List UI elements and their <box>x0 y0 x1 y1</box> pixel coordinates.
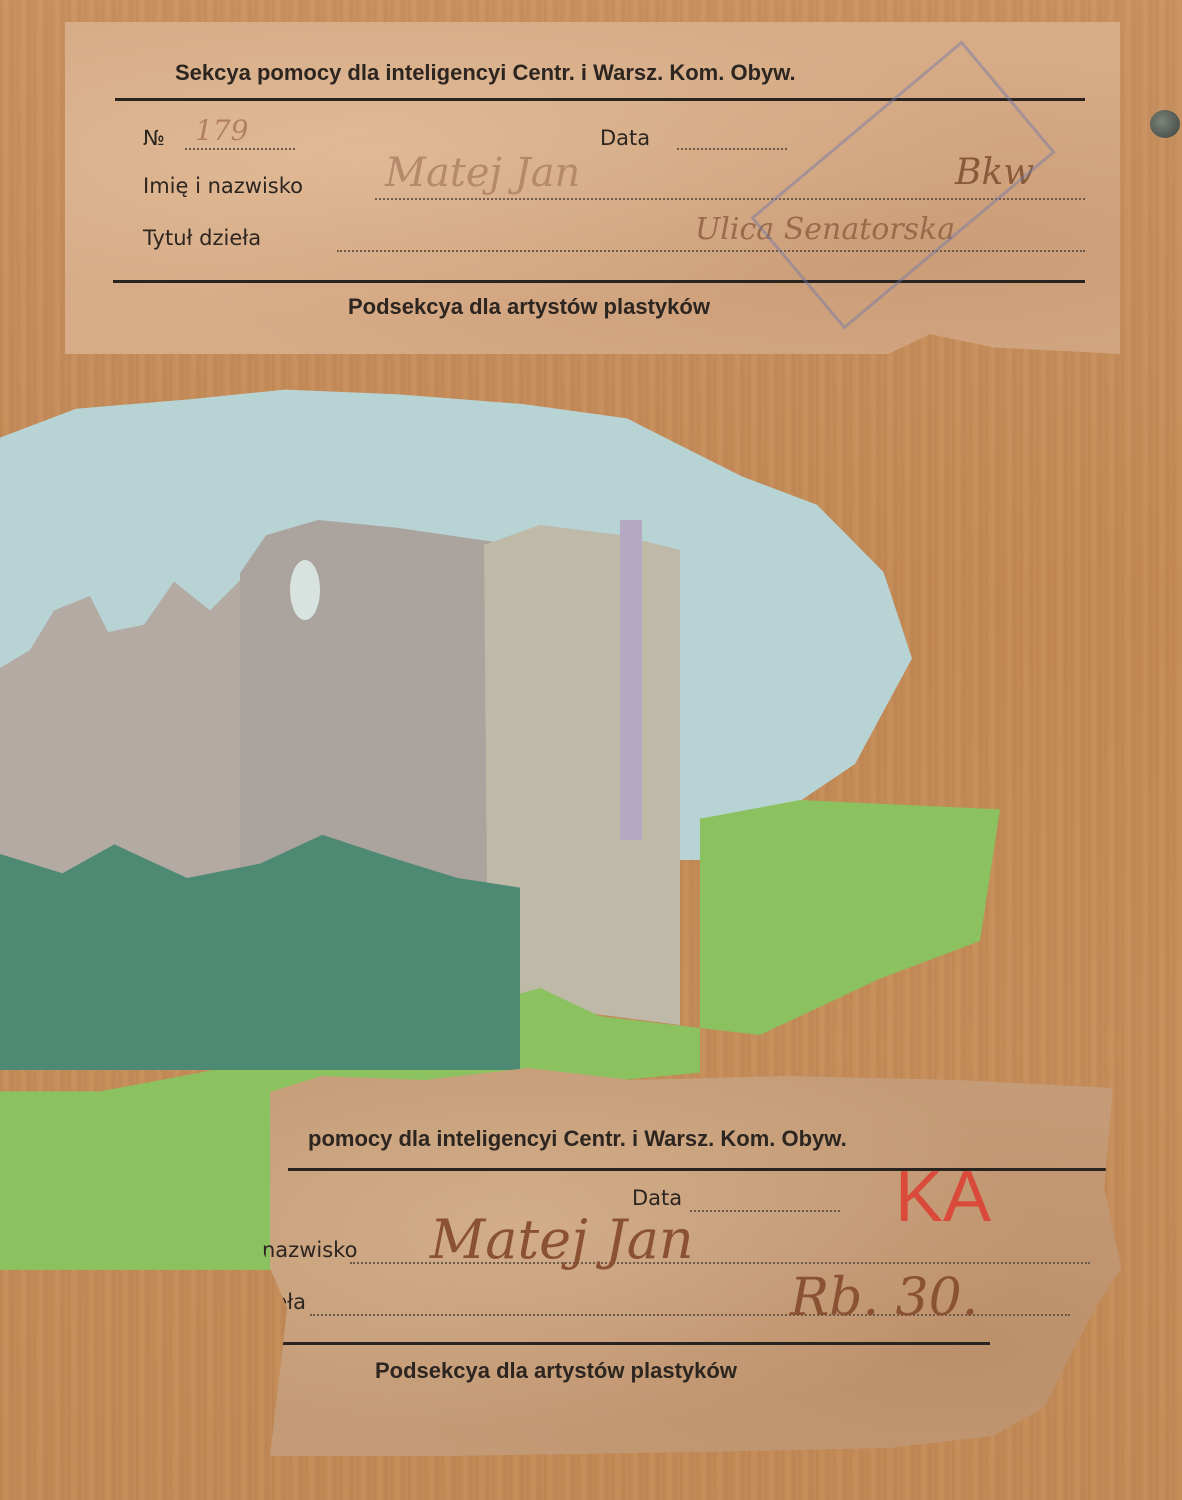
painted-ruin-center <box>240 520 500 900</box>
title-label: Tytuł dzieła <box>143 226 261 250</box>
name-value: Matej Jan <box>430 1208 694 1271</box>
divider <box>113 280 1085 283</box>
painted-shadow-stroke <box>620 520 642 840</box>
painted-window-opening <box>290 560 320 620</box>
title-value: Rb. 30. <box>790 1268 978 1328</box>
title-line <box>337 250 1085 252</box>
divider <box>218 1342 990 1345</box>
label-footer: Podsekcya dla artystów plastyków <box>375 1358 737 1384</box>
registration-label-bottom: pomocy dla inteligencyi Centr. i Warsz. … <box>270 1068 1130 1468</box>
name-label: Imię i nazwisko <box>143 174 303 198</box>
wooden-panel: Sekcya pomocy dla inteligencyi Centr. i … <box>0 0 1182 1500</box>
label-header: pomocy dla inteligencyi Centr. i Warsz. … <box>308 1126 847 1152</box>
faded-stamp <box>750 40 1055 329</box>
name-label: nazwisko <box>262 1238 357 1262</box>
number-line <box>185 148 295 150</box>
date-label: Data <box>600 126 650 150</box>
date-line <box>677 148 787 150</box>
date-label: Data <box>632 1186 682 1210</box>
registration-label-top: Sekcya pomocy dla inteligencyi Centr. i … <box>65 22 1120 354</box>
label-header: Sekcya pomocy dla inteligencyi Centr. i … <box>175 60 796 86</box>
title-label: dzieła <box>244 1290 306 1314</box>
number-label: № <box>143 126 165 150</box>
name-value: Matej Jan <box>385 150 580 196</box>
number-value: 179 <box>195 114 248 147</box>
date-line <box>690 1210 840 1212</box>
label-footer: Podsekcya dla artystów plastyków <box>348 294 710 320</box>
red-crayon-mark: KA <box>895 1156 991 1238</box>
nail-head <box>1150 110 1180 138</box>
